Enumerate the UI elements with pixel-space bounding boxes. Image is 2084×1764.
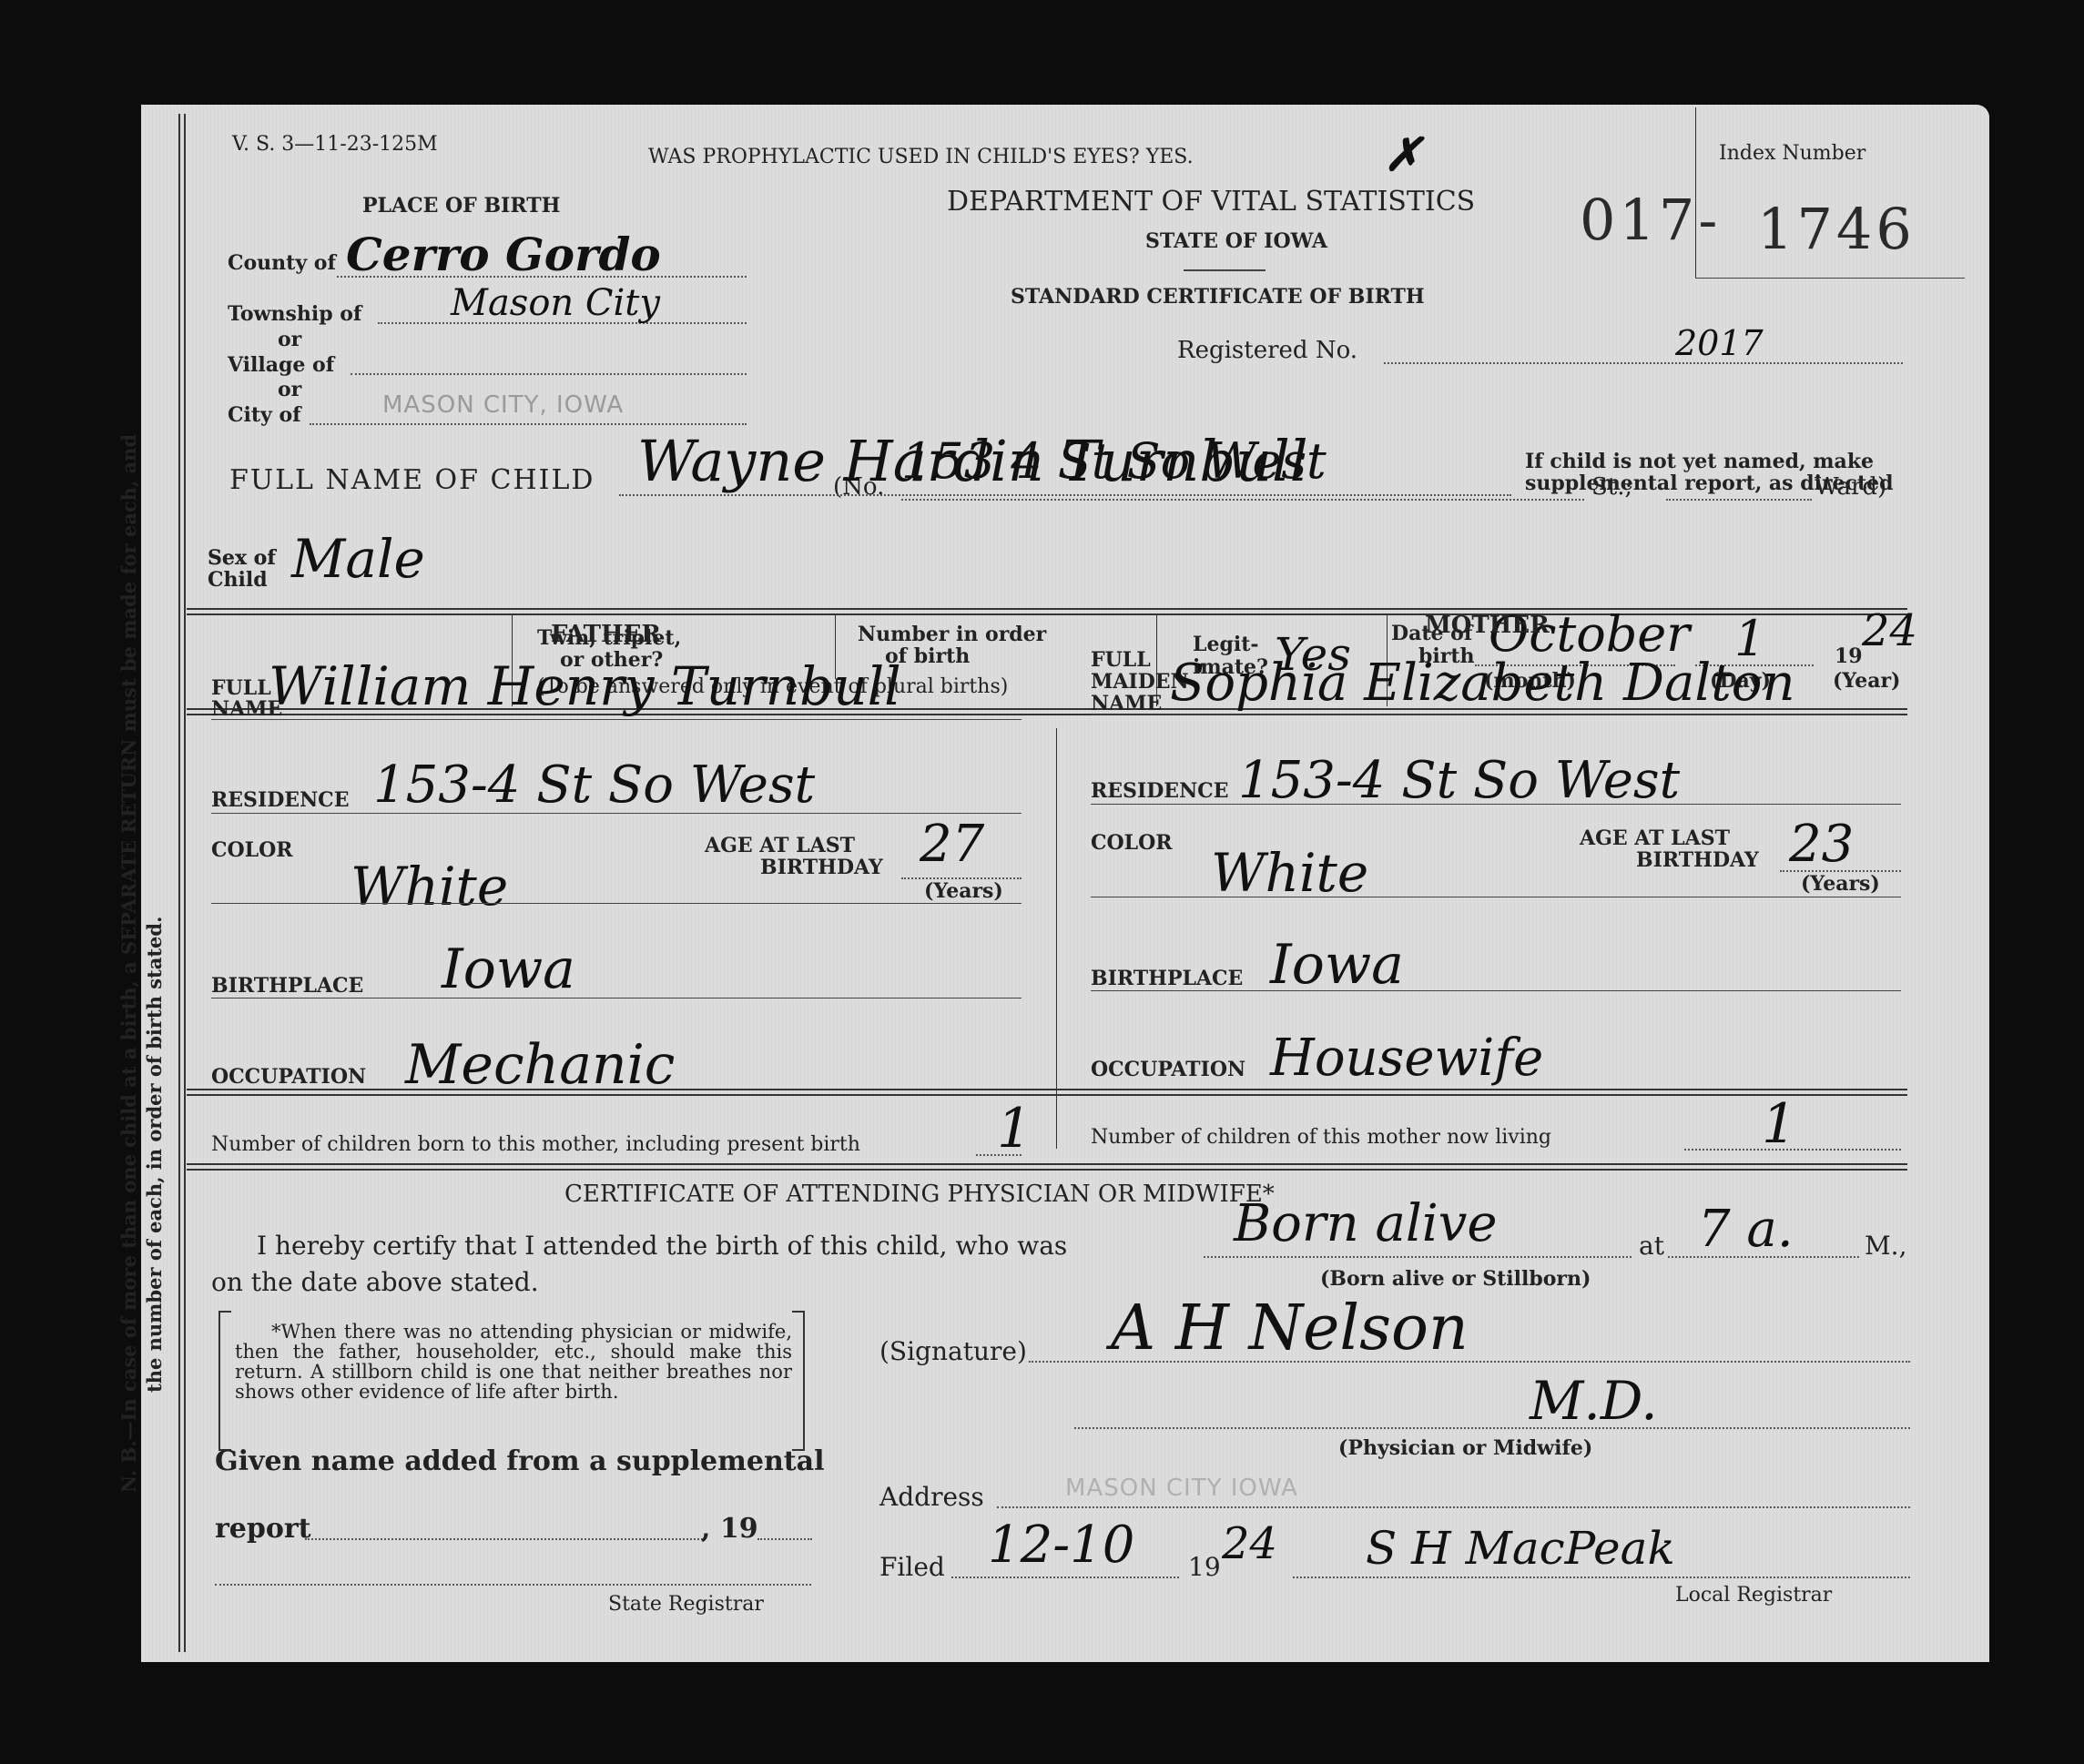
sex-value: Male [291,528,425,590]
mother-occupation-label: OCCUPATION [1091,1058,1245,1081]
title-rule [1184,269,1266,271]
filed-year: 24 [1222,1518,1277,1569]
report-year-line [757,1538,812,1540]
date-text: on the date above stated. [211,1267,539,1297]
index-number-label: Index Number [1719,142,1865,165]
parents-divider [1056,728,1057,1149]
mother-name-label-3: NAME [1091,692,1162,715]
father-color-line [211,903,1022,904]
city-label: City of [228,403,301,427]
local-registrar-caption: Local Registrar [1675,1584,1832,1607]
given-name-text: Given name added from a supplemental [215,1445,824,1477]
local-registrar-line [1293,1576,1910,1578]
state-registrar-caption: State Registrar [608,1593,764,1616]
filed-label: Filed [879,1552,945,1582]
mother-name-value: Sophia Elizabeth Dalton [1170,654,1795,713]
report-year-prefix: , 19 [701,1513,758,1545]
mother-age-value: 23 [1789,815,1854,874]
signature-value: A H Nelson [1111,1293,1469,1364]
born-caption: (Born alive or Stillborn) [1320,1267,1591,1291]
department-title: DEPARTMENT OF VITAL STATISTICS [947,186,1475,218]
born-line [1204,1256,1632,1258]
mother-age-label-1: AGE AT LAST [1580,826,1730,850]
year-caption: (Year) [1833,669,1900,693]
city-stamp: MASON CITY, IOWA [382,391,624,419]
father-birthplace-label: BIRTHPLACE [211,974,363,998]
at-label: at [1639,1231,1664,1261]
father-name-value: William Henry Turnbull [269,655,901,717]
place-of-birth-heading: PLACE OF BIRTH [362,194,560,218]
ward-line [1666,499,1812,501]
father-birthplace-line [211,998,1022,999]
or-label-1: or [278,328,301,351]
address-line [997,1506,1910,1508]
state-title: STATE OF IOWA [1145,229,1327,253]
mother-birthplace-line [1091,990,1901,991]
father-residence-label: RESIDENCE [211,788,349,812]
margin-note: N. B.—In case of more than one child at … [117,434,168,1493]
mother-years-caption: (Years) [1801,872,1880,896]
address-label: Address [879,1482,984,1512]
mother-residence-value: 153-4 St So West [1238,751,1680,810]
registered-value: 2017 [1675,323,1764,363]
mother-birthplace-label: BIRTHPLACE [1091,967,1243,990]
or-label-2: or [278,378,301,401]
city-line [310,423,747,425]
registered-line [1384,362,1903,364]
village-label: Village of [228,353,334,377]
unnamed-note-1: If child is not yet named, make [1525,450,1874,473]
father-color-label: COLOR [211,838,293,862]
mother-age-label-2: BIRTHDAY [1636,848,1759,872]
form-code: V. S. 3—11-23-125M [232,133,438,156]
father-age-label-2: BIRTHDAY [760,856,883,879]
children-living-value: 1 [1762,1092,1796,1156]
left-margin-rule [178,114,180,1652]
rule-under-occupation [187,1089,1907,1096]
children-living-label: Number of children of this mother now li… [1091,1126,1551,1149]
certificate-title: STANDARD CERTIFICATE OF BIRTH [1011,285,1425,309]
sex-of-label: Sex of [208,546,276,570]
township-label: Township of [228,302,361,326]
township-value: Mason City [451,282,660,324]
index-number: 1746 [1757,196,1916,262]
filed-date-line [951,1576,1179,1578]
mother-section-heading: MOTHER [1425,612,1550,639]
footnote-text: *When there was no attending physician o… [235,1322,792,1402]
father-color-value: White [351,856,508,917]
father-residence-value: 153-4 St So West [373,755,815,815]
m-label: M., [1865,1231,1906,1261]
margin-note-line2: the number of each, in order of birth st… [142,434,168,1493]
footnote-bracket-left [219,1311,231,1451]
father-age-label-1: AGE AT LAST [705,834,855,857]
margin-note-line1: N. B.—In case of more than one child at … [117,434,142,1493]
prophylactic-mark: ✗ [1384,127,1422,181]
time-value: 7 a. [1698,1200,1794,1259]
mother-name-line [1091,715,1901,715]
report-line [305,1538,706,1540]
address-stamp: MASON CITY IOWA [1065,1475,1298,1502]
child-name-label: FULL NAME OF CHILD [229,464,595,496]
physician-line [1074,1427,1910,1429]
mother-color-value: White [1211,842,1368,904]
mother-birthplace-value: Iowa [1270,933,1404,997]
unnamed-note-2: supplemental report, as directed [1525,471,1894,495]
certify-text: I hereby certify that I attended the bir… [257,1231,1067,1261]
children-born-value: 1 [997,1097,1032,1161]
father-birthplace-value: Iowa [442,938,575,1001]
village-line [351,373,747,375]
left-margin-rule-2 [184,114,186,1652]
footnote-bracket-right [792,1311,805,1451]
county-label: County of [228,251,336,275]
state-registrar-line [215,1584,811,1586]
father-section-heading: FATHER [551,621,661,648]
dob-year: 24 [1862,605,1917,656]
physician-heading: CERTIFICATE OF ATTENDING PHYSICIAN OR MI… [564,1181,1275,1208]
signature-label: (Signature) [879,1336,1027,1366]
dob-year-prefix: 19 [1835,644,1863,668]
mother-occupation-value: Housewife [1270,1029,1543,1088]
born-value: Born alive [1234,1194,1498,1253]
county-value: Cerro Gordo [346,228,661,281]
index-box-bottom [1695,278,1965,279]
child-name-value: Wayne Hardin Turnbull [637,428,1308,494]
child-label: Child [208,568,268,592]
mother-color-line [1091,897,1901,897]
filed-year-prefix: 19 [1188,1552,1221,1582]
mother-name-label-1: FULL [1091,648,1151,672]
father-occupation-value: Mechanic [405,1033,675,1097]
children-born-label: Number of children born to this mother, … [211,1133,860,1156]
index-number-prefix: 017- [1580,187,1721,253]
father-years-caption: (Years) [924,879,1003,903]
mother-color-label: COLOR [1091,831,1173,855]
registered-label: Registered No. [1177,337,1357,364]
father-name-line [211,719,1022,720]
registrar-value: S H MacPeak [1366,1522,1675,1575]
rule-above-certificate [187,1163,1907,1171]
father-age-value: 27 [920,815,984,874]
physician-caption: (Physician or Midwife) [1338,1436,1592,1460]
order-label-1: Number in order [858,623,1046,646]
street-line [901,499,1584,501]
mother-residence-label: RESIDENCE [1091,779,1228,803]
signature-title: M.D. [1530,1370,1658,1432]
prophylactic-question: WAS PROPHYLACTIC USED IN CHILD'S EYES? Y… [648,146,1194,168]
father-occupation-label: OCCUPATION [211,1065,366,1089]
filed-date: 12-10 [988,1516,1134,1575]
report-label: report [215,1513,311,1545]
child-name-line [619,494,1511,496]
